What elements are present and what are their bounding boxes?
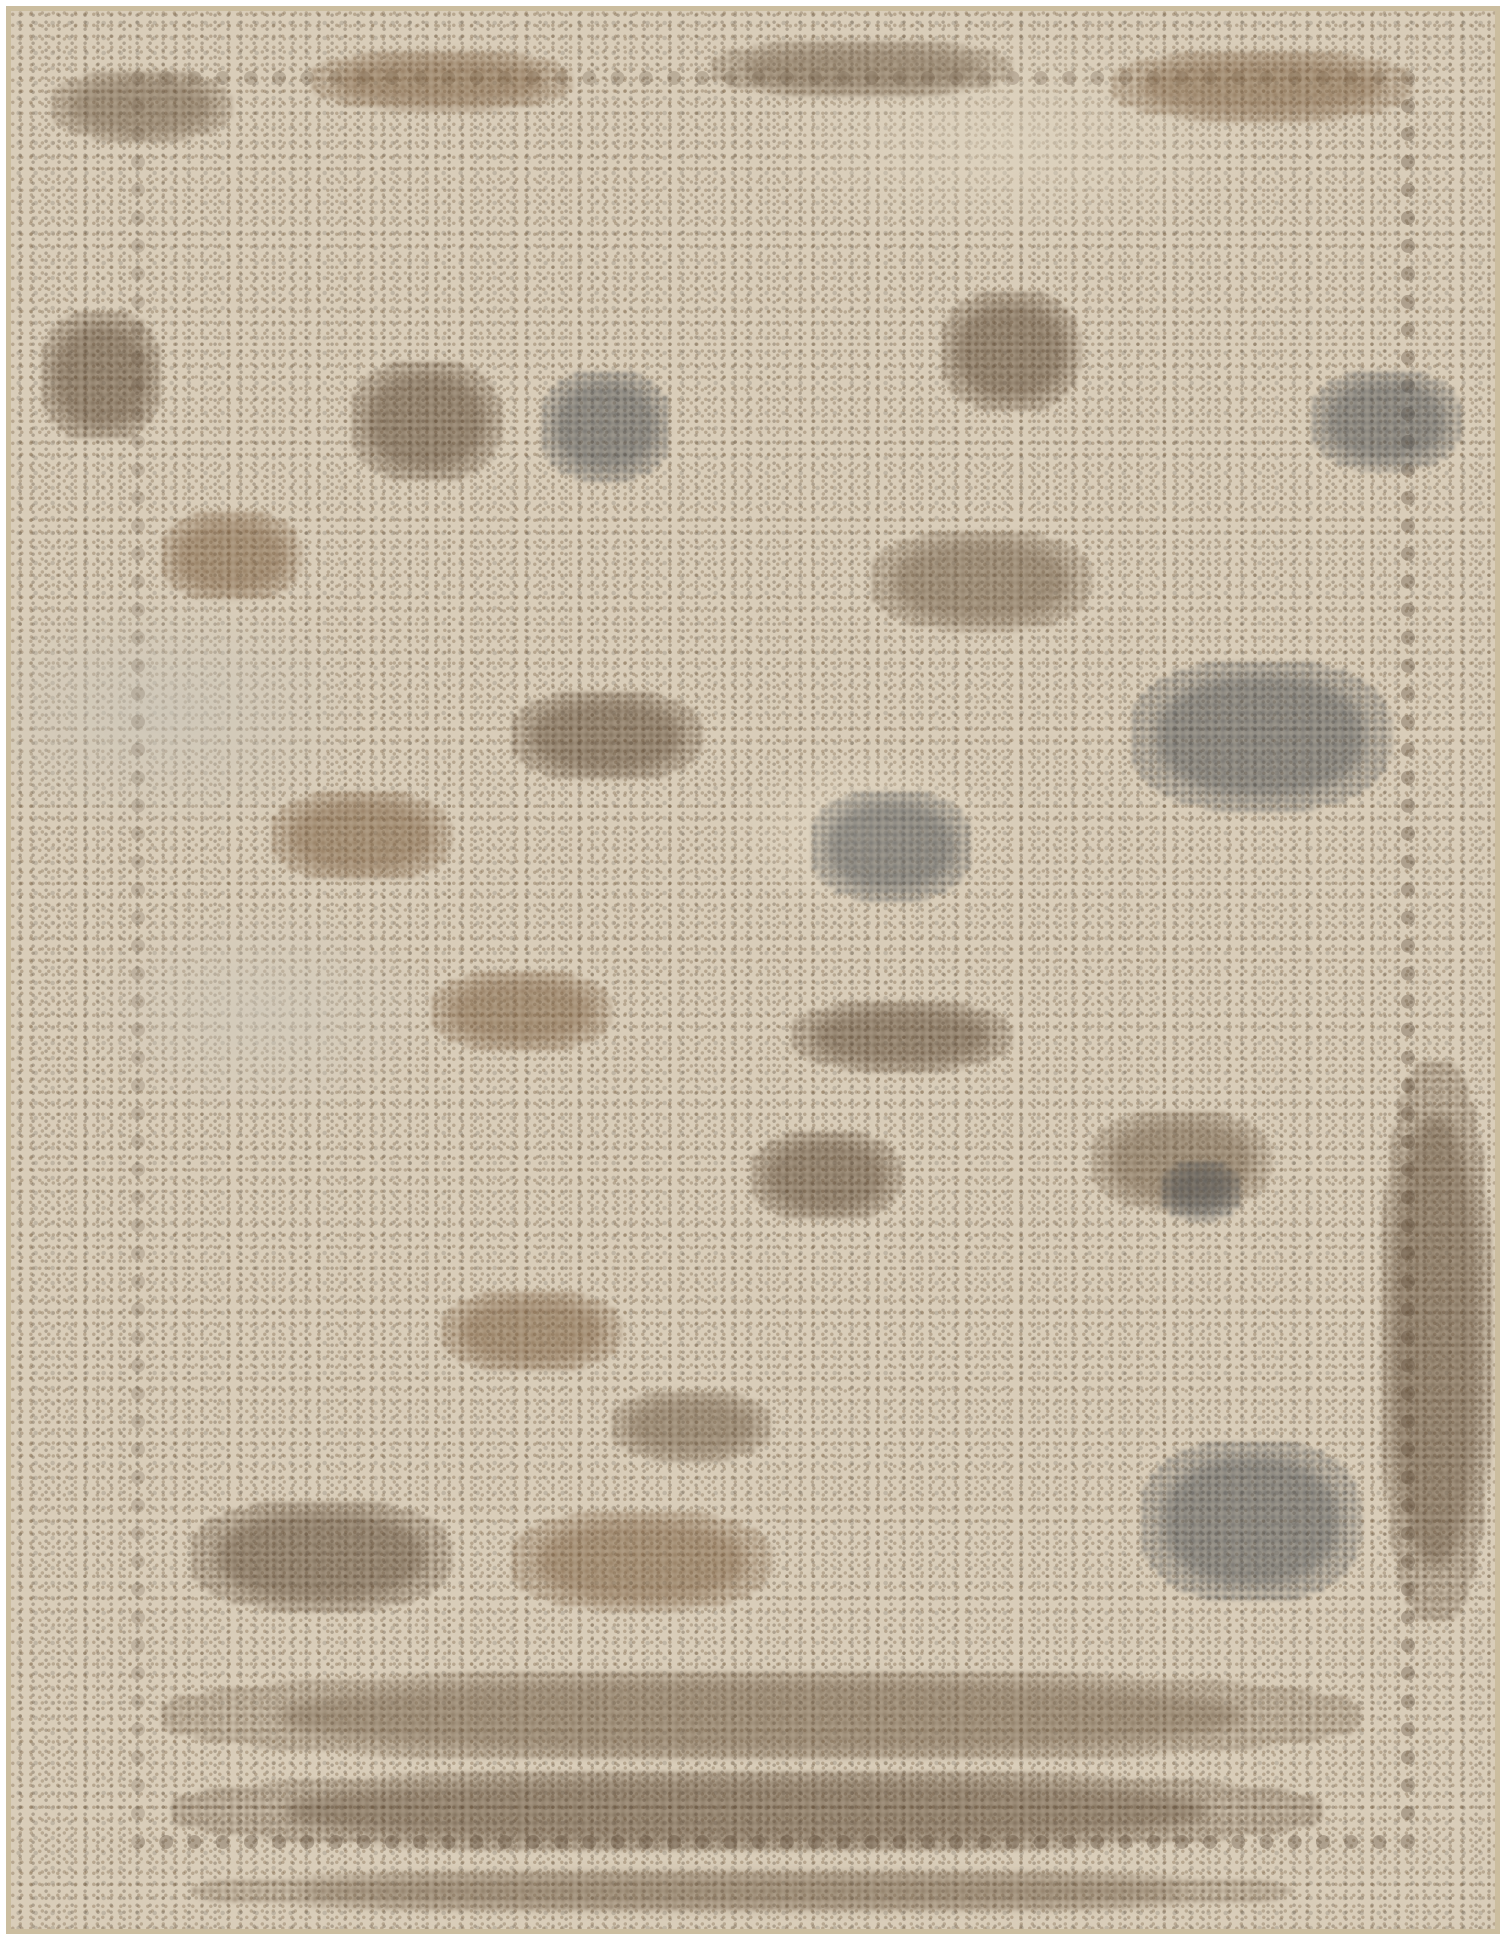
rug-pattern-motif: [171, 1771, 1321, 1851]
rug-pattern-motif: [711, 41, 1011, 96]
rug-pattern-motif: [941, 291, 1081, 411]
rug-pattern-motif: [311, 51, 571, 111]
rug-pattern-motif: [811, 791, 971, 901]
rug-pattern-motif: [51, 71, 231, 141]
rug-pattern-motif: [1131, 661, 1391, 811]
rug-pattern-motif: [511, 691, 701, 781]
rug-pattern-motif: [191, 1501, 451, 1611]
rug: [6, 6, 1500, 1934]
rug-pattern-motif: [161, 511, 301, 601]
rug-pattern-motif: [1111, 51, 1411, 121]
rug-pattern-motif: [1381, 1061, 1491, 1621]
rug-pattern-motif: [1311, 371, 1461, 471]
rug-pattern-motif: [351, 361, 501, 481]
rug-pattern-motif: [1161, 1161, 1241, 1221]
rug-pattern-motif: [431, 971, 611, 1051]
rug-pattern-motif: [541, 371, 671, 481]
rug-pattern-motif: [161, 1671, 1361, 1761]
rug-pattern-motif: [271, 791, 451, 881]
rug-pattern-motif: [511, 1511, 771, 1611]
rug-pattern-motif: [751, 1131, 901, 1221]
rug-pattern-motif: [871, 531, 1091, 631]
rug-pattern-motif: [41, 311, 161, 441]
rug-pattern-motif: [611, 1391, 771, 1461]
rug-pattern-motif: [441, 1291, 621, 1371]
rug-pattern-motif: [791, 1001, 1011, 1071]
rug-pattern-motif: [1141, 1441, 1361, 1601]
rug-pattern-motif: [191, 1871, 1291, 1911]
